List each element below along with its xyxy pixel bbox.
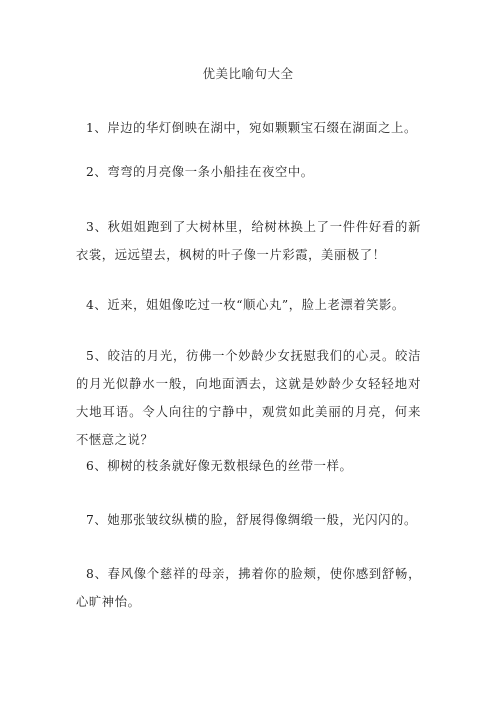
- paragraph-5: 5、皎洁的月光，彷佛一个妙龄少女抚慰我们的心灵。皎洁的月光似静水一般，向地面洒去…: [76, 342, 421, 454]
- document-page: 优美比喻句大全 1、岸边的华灯倒映在湖中，宛如颗颗宝石缀在湖面之上。 2、弯弯的…: [0, 0, 496, 702]
- paragraph-8: 8、春风像个慈祥的母亲，拂着你的脸颊，使你感到舒畅，心旷神怡。: [76, 560, 421, 616]
- paragraph-3: 3、秋姐姐跑到了大树林里，给树林换上了一件件好看的新衣裳，远远望去，枫树的叶子像…: [76, 213, 421, 269]
- document-title: 优美比喻句大全: [0, 64, 496, 82]
- paragraph-4: 4、近来，姐姐像吃过一枚“顺心丸”，脸上老漂着笑影。: [76, 291, 421, 319]
- paragraph-6: 6、柳树的枝条就好像无数根绿色的丝带一样。: [76, 452, 421, 480]
- paragraph-7: 7、她那张皱纹纵横的脸，舒展得像绸缎一般，光闪闪的。: [76, 506, 421, 534]
- paragraph-1: 1、岸边的华灯倒映在湖中，宛如颗颗宝石缀在湖面之上。: [76, 114, 421, 142]
- paragraph-2: 2、弯弯的月亮像一条小船挂在夜空中。: [76, 158, 421, 186]
